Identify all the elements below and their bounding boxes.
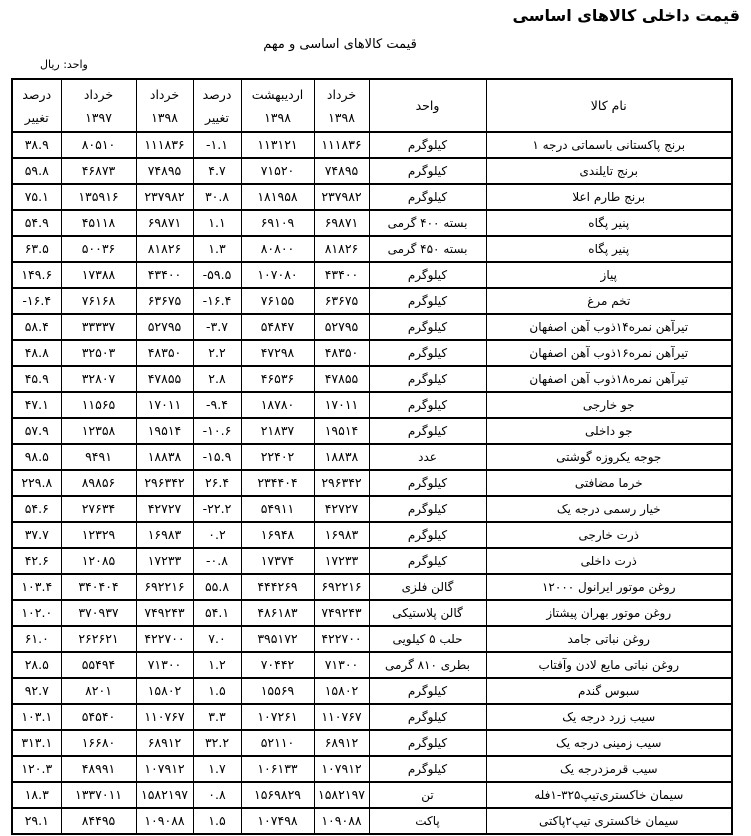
price-khordad97-cell: ۳۲۸۰۷ — [61, 366, 136, 392]
col-header-khordad-97: خرداد۱۳۹۷ — [61, 79, 136, 132]
percent-change-year-cell: ۱۸.۳ — [12, 782, 61, 808]
price-khordad98-cell: ۷۴۹۲۴۳ — [136, 600, 193, 626]
price-khordad97-cell: ۵۰۰۳۶ — [61, 236, 136, 262]
price-khordad98-cell: ۶۸۹۱۲ — [136, 730, 193, 756]
unit-cell: کیلوگرم — [369, 288, 486, 314]
percent-change-month-cell: ۱.۵ — [193, 678, 241, 704]
product-name-cell: تیرآهن نمره۱۸ذوب آهن اصفهان — [486, 366, 732, 392]
percent-change-year-cell: ۴۷.۱ — [12, 392, 61, 418]
price-khordad98-cell: ۱۰۷۹۱۲ — [136, 756, 193, 782]
price-khordad97-cell: ۲۶۲۶۲۱ — [61, 626, 136, 652]
price-khordad97-cell: ۳۳۳۳۷ — [61, 314, 136, 340]
price-khordad98-cell: ۱۷۲۳۳ — [136, 548, 193, 574]
unit-cell: گالن پلاستیکی — [369, 600, 486, 626]
product-name-cell: برنج پاکستانی باسماتی درجه ۱ — [486, 132, 732, 158]
price-ordibehesht98-cell: ۷۱۵۲۰ — [241, 158, 314, 184]
price-khordad98-cell: ۶۹۲۲۱۶ — [136, 574, 193, 600]
unit-cell: کیلوگرم — [369, 756, 486, 782]
page-subtitle: قیمت کالاهای اساسی و مهم — [0, 37, 680, 52]
price-khordad97-cell: ۲۷۶۳۴ — [61, 496, 136, 522]
percent-change-year-cell: ۵۸.۴ — [12, 314, 61, 340]
price-khordad97-cell: ۱۳۵۹۱۶ — [61, 184, 136, 210]
price-ordibehesht98-cell: ۴۷۲۹۸ — [241, 340, 314, 366]
product-name-cell: سبوس گندم — [486, 678, 732, 704]
price-ordibehesht98-cell: ۴۸۶۱۸۳ — [241, 600, 314, 626]
table-header: نام کالا واحد خرداد۱۳۹۸ اردیبهشت۱۳۹۸ درص… — [12, 79, 732, 132]
percent-change-year-cell: ۳۸.۹ — [12, 132, 61, 158]
unit-cell: کیلوگرم — [369, 678, 486, 704]
document-page: قیمت داخلی کالاهای اساسی قیمت کالاهای اس… — [0, 0, 751, 836]
price-ordibehesht98-cell: ۱۰۷۴۹۸ — [241, 808, 314, 834]
price-khordad97-cell: ۸۹۸۵۶ — [61, 470, 136, 496]
price-khordad98-cell: ۲۳۷۹۸۲ — [136, 184, 193, 210]
price-ordibehesht98-cell: ۵۲۱۱۰ — [241, 730, 314, 756]
col-header-khordad-98-month: خرداد۱۳۹۸ — [314, 79, 369, 132]
product-name-cell: روغن نباتی جامد — [486, 626, 732, 652]
product-name-cell: سیمان خاکستری‌تیپ۳۲۵-۱فله — [486, 782, 732, 808]
price-khordad98-cell: ۸۱۸۲۶ — [136, 236, 193, 262]
product-name-cell: سیمان خاکستری تیپ۲پاکتی — [486, 808, 732, 834]
col-header-percent-change-year: درصدتغییر — [12, 79, 61, 132]
price-khordad98-cell: ۱۰۹۰۸۸ — [136, 808, 193, 834]
percent-change-year-cell: ۲۲۹.۸ — [12, 470, 61, 496]
price-khordad98-cell: ۱۰۹۰۸۸ — [314, 808, 369, 834]
table-row: پنیر پگاهبسته ۴۰۰ گرمی۶۹۸۷۱۶۹۱۰۹۱.۱۶۹۸۷۱… — [12, 210, 732, 236]
product-name-cell: ذرت داخلی — [486, 548, 732, 574]
unit-cell: کیلوگرم — [369, 704, 486, 730]
unit-cell: عدد — [369, 444, 486, 470]
price-khordad98-cell: ۱۷۰۱۱ — [136, 392, 193, 418]
table-row: ذرت داخلیکیلوگرم۱۷۲۳۳۱۷۳۷۴-۰.۸۱۷۲۳۳۱۲۰۸۵… — [12, 548, 732, 574]
product-name-cell: برنج تایلندی — [486, 158, 732, 184]
price-khordad98-cell: ۸۱۸۲۶ — [314, 236, 369, 262]
price-khordad97-cell: ۵۴۵۴۰ — [61, 704, 136, 730]
price-khordad98-cell: ۴۸۳۵۰ — [136, 340, 193, 366]
percent-change-year-cell: ۹۸.۵ — [12, 444, 61, 470]
product-name-cell: برنج طارم اعلا — [486, 184, 732, 210]
unit-cell: حلب ۵ کیلویی — [369, 626, 486, 652]
table-row: پیازکیلوگرم۴۳۴۰۰۱۰۷۰۸۰-۵۹.۵۴۳۴۰۰۱۷۳۸۸۱۴۹… — [12, 262, 732, 288]
table-row: تیرآهن نمره۱۶ذوب آهن اصفهانکیلوگرم۴۸۳۵۰۴… — [12, 340, 732, 366]
price-ordibehesht98-cell: ۷۰۴۴۲ — [241, 652, 314, 678]
percent-change-year-cell: ۳۷.۷ — [12, 522, 61, 548]
percent-change-year-cell: ۶۱.۰ — [12, 626, 61, 652]
col-header-percent-change-month: درصدتغییر — [193, 79, 241, 132]
table-row: روغن نباتی جامدحلب ۵ کیلویی۴۲۲۷۰۰۳۹۵۱۷۲۷… — [12, 626, 732, 652]
price-khordad98-cell: ۱۶۹۸۳ — [136, 522, 193, 548]
table-row: خرما مضافتیکیلوگرم۲۹۶۳۴۲۲۳۴۴۰۴۲۶.۴۲۹۶۳۴۲… — [12, 470, 732, 496]
table-row: سیمان خاکستری تیپ۲پاکتیپاکت۱۰۹۰۸۸۱۰۷۴۹۸۱… — [12, 808, 732, 834]
percent-change-month-cell: ۱.۲ — [193, 652, 241, 678]
product-name-cell: ذرت خارجی — [486, 522, 732, 548]
table-row: پنیر پگاهبسته ۴۵۰ گرمی۸۱۸۲۶۸۰۸۰۰۱.۳۸۱۸۲۶… — [12, 236, 732, 262]
product-name-cell: سیب زرد درجه یک — [486, 704, 732, 730]
price-ordibehesht98-cell: ۱۵۵۶۹ — [241, 678, 314, 704]
price-ordibehesht98-cell: ۲۳۴۴۰۴ — [241, 470, 314, 496]
product-name-cell: تیرآهن نمره۱۶ذوب آهن اصفهان — [486, 340, 732, 366]
price-khordad97-cell: ۱۱۵۶۵ — [61, 392, 136, 418]
price-khordad98-cell: ۶۳۶۷۵ — [136, 288, 193, 314]
percent-change-year-cell: ۵۴.۶ — [12, 496, 61, 522]
price-khordad97-cell: ۴۵۱۱۸ — [61, 210, 136, 236]
table-row: سبوس گندمکیلوگرم۱۵۸۰۲۱۵۵۶۹۱.۵۱۵۸۰۲۸۲۰۱۹۲… — [12, 678, 732, 704]
percent-change-year-cell: ۳۱۳.۱ — [12, 730, 61, 756]
price-khordad98-cell: ۶۳۶۷۵ — [314, 288, 369, 314]
percent-change-year-cell: ۷۵.۱ — [12, 184, 61, 210]
percent-change-year-cell: ۵۴.۹ — [12, 210, 61, 236]
price-khordad98-cell: ۴۲۲۷۰۰ — [136, 626, 193, 652]
price-ordibehesht98-cell: ۴۶۵۳۶ — [241, 366, 314, 392]
col-header-product-name: نام کالا — [486, 79, 732, 132]
price-khordad98-cell: ۷۱۳۰۰ — [314, 652, 369, 678]
price-khordad98-cell: ۶۹۲۲۱۶ — [314, 574, 369, 600]
header-row: نام کالا واحد خرداد۱۳۹۸ اردیبهشت۱۳۹۸ درص… — [12, 79, 732, 132]
percent-change-month-cell: -۲۲.۲ — [193, 496, 241, 522]
table-row: سیب زرد درجه یککیلوگرم۱۱۰۷۶۷۱۰۷۲۶۱۳.۳۱۱۰… — [12, 704, 732, 730]
price-khordad98-cell: ۱۱۰۷۶۷ — [314, 704, 369, 730]
price-khordad98-cell: ۴۲۷۲۷ — [314, 496, 369, 522]
price-khordad98-cell: ۷۴۹۲۴۳ — [314, 600, 369, 626]
percent-change-month-cell: -۱.۱ — [193, 132, 241, 158]
percent-change-month-cell: ۲.۲ — [193, 340, 241, 366]
percent-change-year-cell: ۱۰۲.۰ — [12, 600, 61, 626]
price-khordad98-cell: ۲۹۶۳۴۲ — [136, 470, 193, 496]
percent-change-month-cell: ۷.۰ — [193, 626, 241, 652]
price-khordad98-cell: ۶۹۸۷۱ — [314, 210, 369, 236]
price-ordibehesht98-cell: ۱۱۳۱۲۱ — [241, 132, 314, 158]
percent-change-year-cell: -۱۶.۴ — [12, 288, 61, 314]
price-khordad98-cell: ۷۴۸۹۵ — [136, 158, 193, 184]
price-khordad97-cell: ۱۳۳۷۰۱۱ — [61, 782, 136, 808]
percent-change-month-cell: -۱۵.۹ — [193, 444, 241, 470]
table-row: جو داخلیکیلوگرم۱۹۵۱۴۲۱۸۳۷-۱۰.۶۱۹۵۱۴۱۲۳۵۸… — [12, 418, 732, 444]
percent-change-year-cell: ۱۲۰.۳ — [12, 756, 61, 782]
unit-cell: کیلوگرم — [369, 392, 486, 418]
price-khordad97-cell: ۸۲۰۱ — [61, 678, 136, 704]
product-name-cell: پنیر پگاه — [486, 236, 732, 262]
price-khordad98-cell: ۱۸۸۳۸ — [136, 444, 193, 470]
table-body: برنج پاکستانی باسماتی درجه ۱کیلوگرم۱۱۱۸۳… — [12, 132, 732, 834]
product-name-cell: خرما مضافتی — [486, 470, 732, 496]
product-name-cell: جوجه یکروزه گوشتی — [486, 444, 732, 470]
table-row: سیب زمینی درجه یککیلوگرم۶۸۹۱۲۵۲۱۱۰۳۲.۲۶۸… — [12, 730, 732, 756]
percent-change-month-cell: ۳.۳ — [193, 704, 241, 730]
price-khordad98-cell: ۱۶۹۸۳ — [314, 522, 369, 548]
percent-change-year-cell: ۱۰۳.۴ — [12, 574, 61, 600]
unit-note: واحد: ریال — [40, 58, 88, 71]
unit-cell: کیلوگرم — [369, 158, 486, 184]
percent-change-year-cell: ۴۵.۹ — [12, 366, 61, 392]
price-ordibehesht98-cell: ۵۴۹۱۱ — [241, 496, 314, 522]
price-khordad98-cell: ۱۵۸۲۱۹۷ — [136, 782, 193, 808]
percent-change-month-cell: ۱.۵ — [193, 808, 241, 834]
table-row: روغن موتور ایرانول ۱۲۰۰۰گالن فلزی۶۹۲۲۱۶۴… — [12, 574, 732, 600]
col-header-ordibehesht-98: اردیبهشت۱۳۹۸ — [241, 79, 314, 132]
price-khordad97-cell: ۸۴۴۹۵ — [61, 808, 136, 834]
price-ordibehesht98-cell: ۱۶۹۴۸ — [241, 522, 314, 548]
table-row: جو خارجیکیلوگرم۱۷۰۱۱۱۸۷۸۰-۹.۴۱۷۰۱۱۱۱۵۶۵۴… — [12, 392, 732, 418]
page-title: قیمت داخلی کالاهای اساسی — [513, 6, 740, 25]
price-khordad97-cell: ۹۴۹۱ — [61, 444, 136, 470]
price-ordibehesht98-cell: ۴۴۴۲۶۹ — [241, 574, 314, 600]
percent-change-year-cell: ۹۲.۷ — [12, 678, 61, 704]
price-khordad97-cell: ۱۷۳۸۸ — [61, 262, 136, 288]
percent-change-year-cell: ۴۸.۸ — [12, 340, 61, 366]
price-khordad97-cell: ۱۶۶۸۰ — [61, 730, 136, 756]
price-khordad98-cell: ۵۲۷۹۵ — [136, 314, 193, 340]
percent-change-year-cell: ۲۹.۱ — [12, 808, 61, 834]
price-khordad98-cell: ۶۹۸۷۱ — [136, 210, 193, 236]
percent-change-month-cell: ۳۰.۸ — [193, 184, 241, 210]
percent-change-month-cell: ۵۵.۸ — [193, 574, 241, 600]
price-khordad98-cell: ۲۳۷۹۸۲ — [314, 184, 369, 210]
price-ordibehesht98-cell: ۱۵۶۹۸۲۹ — [241, 782, 314, 808]
table-row: تخم مرغکیلوگرم۶۳۶۷۵۷۶۱۵۵-۱۶.۴۶۳۶۷۵۷۶۱۶۸-… — [12, 288, 732, 314]
percent-change-year-cell: ۱۴۹.۶ — [12, 262, 61, 288]
price-table: نام کالا واحد خرداد۱۳۹۸ اردیبهشت۱۳۹۸ درص… — [11, 78, 733, 835]
price-ordibehesht98-cell: ۱۰۷۲۶۱ — [241, 704, 314, 730]
price-khordad97-cell: ۷۶۱۶۸ — [61, 288, 136, 314]
percent-change-month-cell: ۲.۸ — [193, 366, 241, 392]
price-khordad98-cell: ۱۱۰۷۶۷ — [136, 704, 193, 730]
percent-change-month-cell: ۰.۸ — [193, 782, 241, 808]
table-row: تیرآهن نمره۱۴ذوب آهن اصفهانکیلوگرم۵۲۷۹۵۵… — [12, 314, 732, 340]
price-khordad98-cell: ۶۸۹۱۲ — [314, 730, 369, 756]
price-khordad98-cell: ۱۱۱۸۳۶ — [136, 132, 193, 158]
percent-change-year-cell: ۲۸.۵ — [12, 652, 61, 678]
percent-change-month-cell: ۰.۲ — [193, 522, 241, 548]
price-ordibehesht98-cell: ۱۸۷۸۰ — [241, 392, 314, 418]
percent-change-month-cell: ۳۲.۲ — [193, 730, 241, 756]
percent-change-month-cell: -۵۹.۵ — [193, 262, 241, 288]
price-khordad98-cell: ۴۲۷۲۷ — [136, 496, 193, 522]
price-khordad97-cell: ۳۷۰۹۳۷ — [61, 600, 136, 626]
percent-change-month-cell: -۹.۴ — [193, 392, 241, 418]
table-row: ذرت خارجیکیلوگرم۱۶۹۸۳۱۶۹۴۸۰.۲۱۶۹۸۳۱۲۳۲۹۳… — [12, 522, 732, 548]
price-khordad98-cell: ۱۵۸۰۲ — [314, 678, 369, 704]
table-row: روغن نباتی مایع لادن وآفتاببطری ۸۱۰ گرمی… — [12, 652, 732, 678]
table-row: جوجه یکروزه گوشتیعدد۱۸۸۳۸۲۲۴۰۲-۱۵.۹۱۸۸۳۸… — [12, 444, 732, 470]
percent-change-month-cell: ۱.۷ — [193, 756, 241, 782]
percent-change-year-cell: ۱۰۳.۱ — [12, 704, 61, 730]
price-ordibehesht98-cell: ۲۲۴۰۲ — [241, 444, 314, 470]
price-ordibehesht98-cell: ۵۴۸۴۷ — [241, 314, 314, 340]
product-name-cell: سیب قرمزدرجه یک — [486, 756, 732, 782]
price-ordibehesht98-cell: ۱۸۱۹۵۸ — [241, 184, 314, 210]
percent-change-year-cell: ۶۳.۵ — [12, 236, 61, 262]
price-khordad98-cell: ۱۱۱۸۳۶ — [314, 132, 369, 158]
price-khordad98-cell: ۱۵۸۰۲ — [136, 678, 193, 704]
price-ordibehesht98-cell: ۳۹۵۱۷۲ — [241, 626, 314, 652]
percent-change-month-cell: -۱۶.۴ — [193, 288, 241, 314]
unit-cell: کیلوگرم — [369, 366, 486, 392]
table-row: سیمان خاکستری‌تیپ۳۲۵-۱فلهتن۱۵۸۲۱۹۷۱۵۶۹۸۲… — [12, 782, 732, 808]
price-khordad98-cell: ۱۵۸۲۱۹۷ — [314, 782, 369, 808]
price-khordad97-cell: ۱۲۰۸۵ — [61, 548, 136, 574]
price-khordad98-cell: ۴۷۸۵۵ — [136, 366, 193, 392]
unit-cell: بسته ۴۵۰ گرمی — [369, 236, 486, 262]
unit-cell: کیلوگرم — [369, 522, 486, 548]
unit-cell: تن — [369, 782, 486, 808]
percent-change-month-cell: ۱.۱ — [193, 210, 241, 236]
table-row: برنج تایلندیکیلوگرم۷۴۸۹۵۷۱۵۲۰۴.۷۷۴۸۹۵۴۶۸… — [12, 158, 732, 184]
price-khordad98-cell: ۲۹۶۳۴۲ — [314, 470, 369, 496]
price-ordibehesht98-cell: ۲۱۸۳۷ — [241, 418, 314, 444]
product-name-cell: تیرآهن نمره۱۴ذوب آهن اصفهان — [486, 314, 732, 340]
percent-change-month-cell: ۲۶.۴ — [193, 470, 241, 496]
col-header-unit: واحد — [369, 79, 486, 132]
product-name-cell: جو خارجی — [486, 392, 732, 418]
product-name-cell: جو داخلی — [486, 418, 732, 444]
price-khordad97-cell: ۱۲۳۵۸ — [61, 418, 136, 444]
price-khordad97-cell: ۱۲۳۲۹ — [61, 522, 136, 548]
product-name-cell: پیاز — [486, 262, 732, 288]
unit-cell: کیلوگرم — [369, 548, 486, 574]
unit-cell: کیلوگرم — [369, 184, 486, 210]
unit-cell: کیلوگرم — [369, 418, 486, 444]
price-khordad97-cell: ۳۴۰۴۰۴ — [61, 574, 136, 600]
price-khordad97-cell: ۵۵۴۹۴ — [61, 652, 136, 678]
unit-cell: کیلوگرم — [369, 314, 486, 340]
table-row: برنج طارم اعلاکیلوگرم۲۳۷۹۸۲۱۸۱۹۵۸۳۰.۸۲۳۷… — [12, 184, 732, 210]
price-khordad98-cell: ۱۸۸۳۸ — [314, 444, 369, 470]
percent-change-month-cell: ۵۴.۱ — [193, 600, 241, 626]
price-khordad98-cell: ۱۹۵۱۴ — [314, 418, 369, 444]
price-khordad98-cell: ۴۲۲۷۰۰ — [314, 626, 369, 652]
unit-cell: کیلوگرم — [369, 496, 486, 522]
percent-change-month-cell: -۰.۸ — [193, 548, 241, 574]
price-khordad98-cell: ۴۳۴۰۰ — [314, 262, 369, 288]
product-name-cell: روغن نباتی مایع لادن وآفتاب — [486, 652, 732, 678]
percent-change-year-cell: ۵۹.۸ — [12, 158, 61, 184]
table-row: خیار رسمی درجه یککیلوگرم۴۲۷۲۷۵۴۹۱۱-۲۲.۲۴… — [12, 496, 732, 522]
price-khordad97-cell: ۸۰۵۱۰ — [61, 132, 136, 158]
col-header-khordad-98-year: خرداد۱۳۹۸ — [136, 79, 193, 132]
percent-change-month-cell: ۴.۷ — [193, 158, 241, 184]
percent-change-month-cell: -۳.۷ — [193, 314, 241, 340]
product-name-cell: تخم مرغ — [486, 288, 732, 314]
price-ordibehesht98-cell: ۸۰۸۰۰ — [241, 236, 314, 262]
price-khordad98-cell: ۱۰۷۹۱۲ — [314, 756, 369, 782]
table-row: برنج پاکستانی باسماتی درجه ۱کیلوگرم۱۱۱۸۳… — [12, 132, 732, 158]
unit-cell: کیلوگرم — [369, 730, 486, 756]
product-name-cell: روغن موتور بهران پیشتاز — [486, 600, 732, 626]
unit-cell: کیلوگرم — [369, 132, 486, 158]
table-row: تیرآهن نمره۱۸ذوب آهن اصفهانکیلوگرم۴۷۸۵۵۴… — [12, 366, 732, 392]
price-khordad97-cell: ۳۲۵۰۳ — [61, 340, 136, 366]
unit-cell: گالن فلزی — [369, 574, 486, 600]
percent-change-month-cell: -۱۰.۶ — [193, 418, 241, 444]
unit-cell: کیلوگرم — [369, 470, 486, 496]
price-khordad98-cell: ۴۷۸۵۵ — [314, 366, 369, 392]
unit-cell: بطری ۸۱۰ گرمی — [369, 652, 486, 678]
product-name-cell: سیب زمینی درجه یک — [486, 730, 732, 756]
price-khordad98-cell: ۵۲۷۹۵ — [314, 314, 369, 340]
price-khordad98-cell: ۷۱۳۰۰ — [136, 652, 193, 678]
price-ordibehesht98-cell: ۱۰۶۱۳۳ — [241, 756, 314, 782]
price-khordad98-cell: ۱۷۲۳۳ — [314, 548, 369, 574]
price-khordad98-cell: ۱۷۰۱۱ — [314, 392, 369, 418]
product-name-cell: خیار رسمی درجه یک — [486, 496, 732, 522]
table-row: روغن موتور بهران پیشتازگالن پلاستیکی۷۴۹۲… — [12, 600, 732, 626]
price-ordibehesht98-cell: ۷۶۱۵۵ — [241, 288, 314, 314]
percent-change-year-cell: ۵۷.۹ — [12, 418, 61, 444]
product-name-cell: پنیر پگاه — [486, 210, 732, 236]
unit-cell: بسته ۴۰۰ گرمی — [369, 210, 486, 236]
table-row: سیب قرمزدرجه یککیلوگرم۱۰۷۹۱۲۱۰۶۱۳۳۱.۷۱۰۷… — [12, 756, 732, 782]
product-name-cell: روغن موتور ایرانول ۱۲۰۰۰ — [486, 574, 732, 600]
percent-change-month-cell: ۱.۳ — [193, 236, 241, 262]
unit-cell: پاکت — [369, 808, 486, 834]
price-khordad98-cell: ۴۸۳۵۰ — [314, 340, 369, 366]
price-khordad98-cell: ۴۳۴۰۰ — [136, 262, 193, 288]
price-khordad98-cell: ۱۹۵۱۴ — [136, 418, 193, 444]
price-khordad97-cell: ۴۶۸۷۳ — [61, 158, 136, 184]
price-khordad97-cell: ۴۸۹۹۱ — [61, 756, 136, 782]
price-ordibehesht98-cell: ۶۹۱۰۹ — [241, 210, 314, 236]
price-ordibehesht98-cell: ۱۰۷۰۸۰ — [241, 262, 314, 288]
unit-cell: کیلوگرم — [369, 340, 486, 366]
price-ordibehesht98-cell: ۱۷۳۷۴ — [241, 548, 314, 574]
price-khordad98-cell: ۷۴۸۹۵ — [314, 158, 369, 184]
percent-change-year-cell: ۴۲.۶ — [12, 548, 61, 574]
unit-cell: کیلوگرم — [369, 262, 486, 288]
